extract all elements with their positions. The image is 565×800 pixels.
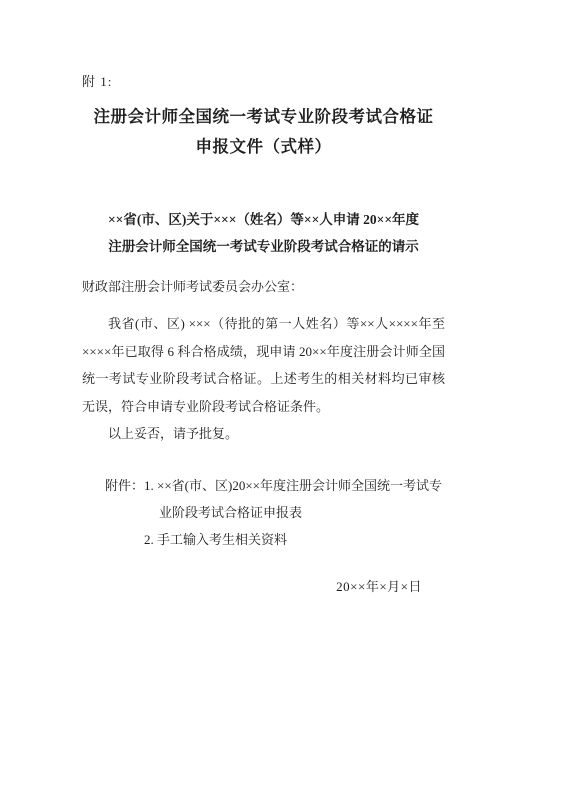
attachments-block: 附件： 1. ××省(市、区)20××年度注册会计师全国统一考试专业阶段考试合格…	[82, 472, 445, 553]
request-heading: ××省(市、区)关于×××（姓名）等××人申请 20××年度 注册会计师全国统一…	[82, 206, 445, 260]
request-heading-line1: ××省(市、区)关于×××（姓名）等××人申请 20××年度	[82, 206, 445, 233]
document-title: 注册会计师全国统一考试专业阶段考试合格证 申报文件（式样）	[82, 102, 445, 162]
document-page: 附 1: 注册会计师全国统一考试专业阶段考试合格证 申报文件（式样） ××省(市…	[0, 0, 565, 800]
request-heading-line2: 注册会计师全国统一考试专业阶段考试合格证的请示	[82, 233, 445, 260]
attachment-number-label: 附 1:	[82, 72, 445, 92]
document-title-line1: 注册会计师全国统一考试专业阶段考试合格证	[82, 102, 445, 132]
attachments-list: 1. ××省(市、区)20××年度注册会计师全国统一考试专业阶段考试合格证申报表…	[144, 472, 444, 553]
attachment-item-1: 1. ××省(市、区)20××年度注册会计师全国统一考试专业阶段考试合格证申报表	[144, 472, 444, 526]
attachment-item-2: 2. 手工输入考生相关资料	[144, 526, 444, 553]
salutation: 财政部注册会计师考试委员会办公室：	[82, 276, 445, 298]
closing-line: 以上妥否，请予批复。	[82, 420, 445, 448]
attachments-label: 附件：	[105, 472, 144, 499]
document-title-line2: 申报文件（式样）	[82, 132, 445, 162]
document-date: 20××年×月×日	[82, 577, 445, 597]
body-paragraph: 我省(市、区) ×××（待批的第一人姓名）等××人××××年至××××年已取得 …	[82, 310, 445, 420]
